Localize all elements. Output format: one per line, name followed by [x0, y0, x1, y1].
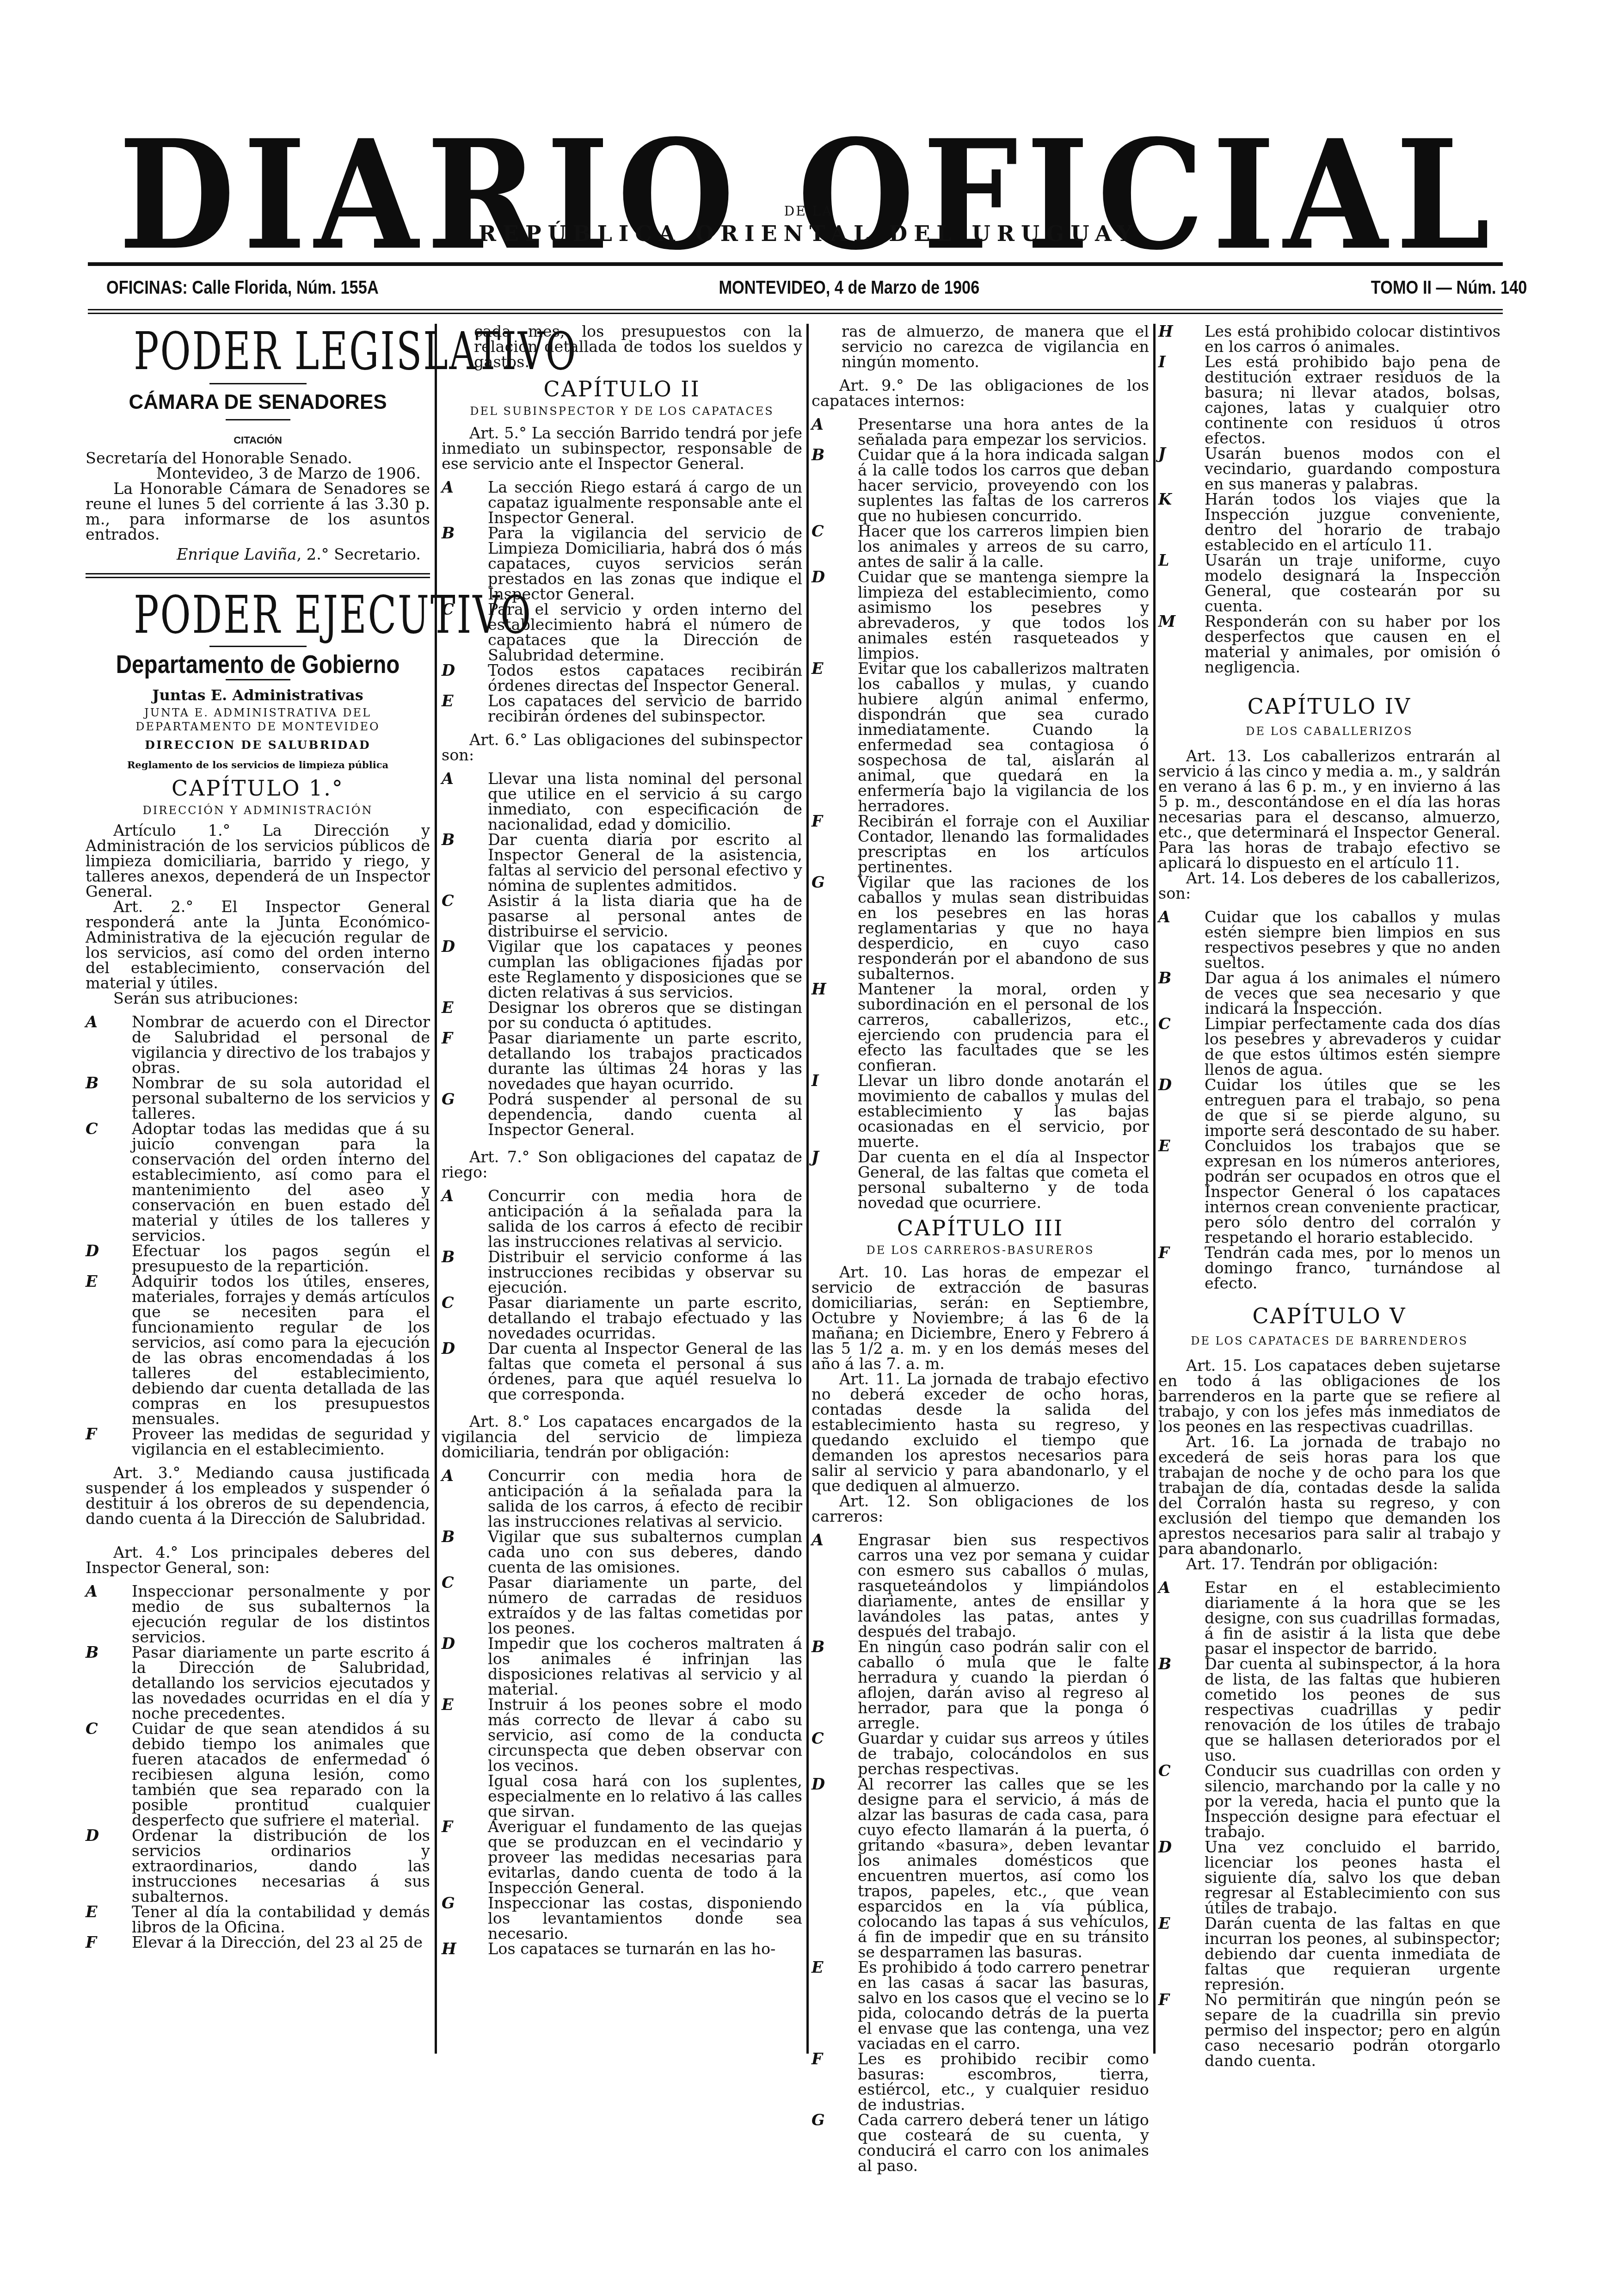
item-text: Pasar diariamente un parte escrito á la …	[132, 1643, 430, 1722]
item-text: Cuidar que los caballos y mulas estén si…	[1205, 908, 1500, 972]
list-item: FAveriguar el fundamento de las quejas q…	[442, 1819, 802, 1895]
item-letter: D	[86, 1243, 99, 1259]
item-text: Dar cuenta al subinspector, á la hora de…	[1205, 1655, 1500, 1765]
junta-full-name: JUNTA E. ADMINISTRATIVA DEL DEPARTAMENTO…	[86, 706, 430, 734]
item-letter: F	[812, 814, 823, 829]
item-text: Tendrán cada mes, por lo menos un doming…	[1205, 1244, 1500, 1292]
list-item: CPasar diariamente un parte, del número …	[442, 1575, 802, 1636]
list-item: DCuidar que se mantenga siempre la limpi…	[812, 569, 1149, 661]
article-11: Art. 11. La jornada de trabajo efectivo …	[812, 1371, 1149, 1494]
list-item: ELos capataces del servicio de barrido r…	[442, 693, 802, 724]
list-item: ANombrar de acuerdo con el Director de S…	[86, 1014, 430, 1075]
list-item: FTendrán cada mes, por lo menos un domin…	[1158, 1245, 1500, 1291]
item-letter: E	[1158, 1138, 1170, 1154]
list-item: BNombrar de su sola autoridad el persona…	[86, 1075, 430, 1121]
senate-body: La Honorable Cámara de Senadores se reun…	[86, 481, 430, 542]
column-rule-2	[806, 324, 809, 2054]
item-letter: H	[812, 981, 826, 997]
info-bar: OFICINAS: Calle Florida, Núm. 155A MONTE…	[106, 278, 1306, 305]
column-rule-3	[1153, 324, 1156, 2054]
citacion-label: CITACIÓN	[86, 432, 430, 448]
item-text: Concurrir con media hora de anticipación…	[488, 1467, 802, 1531]
article-14-list: ACuidar que los caballos y mulas estén s…	[1158, 909, 1500, 1291]
list-item: FRecibirán el forraje con el Auxiliar Co…	[812, 814, 1149, 875]
item-letter: D	[812, 1777, 825, 1792]
item-letter: M	[1158, 614, 1175, 629]
item-text: Adquirir todos los útiles, enseres, mate…	[132, 1272, 430, 1428]
list-item: EDesignar los obreros que se distingan p…	[442, 1000, 802, 1031]
item-letter: D	[442, 1341, 455, 1356]
item-letter: G	[812, 875, 825, 890]
list-item: CAdoptar todas las medidas que á su juic…	[86, 1121, 430, 1243]
list-item: KHarán todos los viajes que la Inspecció…	[1158, 492, 1500, 553]
article-9: Art. 9.° De las obligaciones de los capa…	[812, 378, 1149, 408]
column-4: HLes está prohibido colocar distintivos …	[1158, 324, 1500, 2068]
chapter-2-title: CAPÍTULO II	[442, 376, 802, 402]
list-item: EAdquirir todos los útiles, enseres, mat…	[86, 1274, 430, 1426]
item-letter: B	[86, 1075, 98, 1091]
article-5: Art. 5.° La sección Barrido tendrá por j…	[442, 426, 802, 471]
item-text: Conducir sus cuadrillas con orden y sile…	[1205, 1762, 1500, 1841]
item-letter: B	[812, 447, 824, 463]
item-letter: C	[442, 893, 454, 908]
item-letter: J	[812, 1149, 819, 1165]
item-text: La sección Riego estará á cargo de un ca…	[488, 478, 802, 527]
list-item: CLimpiar perfectamente cada dos días los…	[1158, 1016, 1500, 1077]
item-text: Presentarse una hora antes de la señalad…	[858, 415, 1149, 449]
article-8-list: AConcurrir con media hora de anticipació…	[442, 1468, 802, 1957]
list-item: DAl recorrer las calles que se les desig…	[812, 1777, 1149, 1960]
item-letter: F	[1158, 1245, 1169, 1260]
department-heading: Departamento de Gobierno	[111, 656, 404, 672]
item-text: Nombrar de acuerdo con el Director de Sa…	[132, 1013, 430, 1077]
item-text: Mantener la moral, orden y subordinación…	[858, 980, 1149, 1074]
item-text: Dar cuenta diaria por escrito al Inspect…	[488, 831, 802, 895]
list-item: BCuidar que á la hora indicada salgan á …	[812, 447, 1149, 524]
list-item: ALa sección Riego estará á cargo de un c…	[442, 480, 802, 525]
item-letter: E	[86, 1904, 98, 1920]
list-item: CAsistir á la lista diaria que ha de pas…	[442, 893, 802, 939]
item-text: Usarán un traje uniforme, cuyo modelo de…	[1205, 551, 1500, 615]
item-letter: G	[442, 1092, 455, 1107]
article-8: Art. 8.° Los capataces encargados de la …	[442, 1414, 802, 1460]
item-letter: D	[1158, 1077, 1172, 1092]
column-3: ras de almuerzo, de manera que el servic…	[812, 324, 1149, 2173]
column-2: cada mes, los presupuestos con la relaci…	[442, 324, 802, 1957]
juntas-heading: Juntas E. Administrativas	[86, 688, 430, 703]
item-letter: A	[812, 417, 824, 432]
item-text: Evitar que los caballerizos maltraten lo…	[858, 660, 1149, 815]
list-item: CConducir sus cuadrillas con orden y sil…	[1158, 1763, 1500, 1839]
item-text: Para la vigilancia del servicio de Limpi…	[488, 524, 802, 603]
list-item: FPasar diariamente un parte escrito, det…	[442, 1031, 802, 1092]
item-text: Les está prohibido colocar distintivos e…	[1205, 322, 1500, 356]
item-text: Llevar un libro donde anotarán el movimi…	[858, 1072, 1149, 1151]
item-text: Concluidos los trabajos que se expresan …	[1205, 1137, 1500, 1247]
article-4: Art. 4.° Los principales deberes del Ins…	[86, 1545, 430, 1575]
chamber-heading: CÁMARA DE SENADORES	[86, 395, 430, 410]
item-letter: E	[812, 661, 824, 676]
chapter-1-title: CAPÍTULO 1.°	[86, 775, 430, 801]
item-letter: I	[1158, 354, 1166, 370]
info-rule-2	[88, 313, 1503, 314]
list-item: AInspeccionar personalmente y por medio …	[86, 1584, 430, 1645]
item-text: Cuidar que á la hora indicada salgan á l…	[858, 446, 1149, 525]
signature-name: Enrique Laviña	[177, 545, 297, 563]
list-item: CGuardar y cuidar sus arreos y útiles de…	[812, 1731, 1149, 1777]
item-text: Concurrir con media hora de anticipación…	[488, 1187, 802, 1251]
article-17-list: AEstar en el establecimiento diariamente…	[1158, 1580, 1500, 2068]
item-letter: F	[442, 1819, 453, 1834]
article-12-list-continued: HLes está prohibido colocar distintivos …	[1158, 324, 1500, 675]
signature: Enrique Laviña, 2.° Secretario.	[86, 547, 430, 562]
item-letter: G	[812, 2112, 825, 2128]
item-letter: B	[442, 525, 455, 541]
item-text: Averiguar el fundamento de las quejas qu…	[488, 1818, 802, 1897]
item-letter: C	[1158, 1016, 1171, 1031]
article-6: Art. 6.° Las obligaciones del subinspect…	[442, 732, 802, 763]
chapter-2-subtitle: DEL SUBINSPECTOR Y DE LOS CAPATACES	[442, 404, 802, 419]
item-letter: C	[86, 1721, 98, 1736]
item-text: Les está prohibido bajo pena de destituc…	[1205, 353, 1500, 447]
item-text: Pasar diariamente un parte, del número d…	[488, 1574, 802, 1637]
chapter-3-subtitle: DE LOS CARREROS-BASUREROS	[812, 1243, 1149, 1258]
continuation-text: cada mes, los presupuestos con la relaci…	[442, 324, 802, 370]
item-letter: L	[1158, 553, 1169, 568]
article-13: Art. 13. Los caballerizos entrarán al se…	[1158, 748, 1500, 870]
list-item: AEngrasar bien sus respectivos carros un…	[812, 1532, 1149, 1639]
article-3: Art. 3.° Mediando causa justificada susp…	[86, 1465, 430, 1526]
item-letter: F	[812, 2051, 823, 2067]
list-item: ILlevar un libro donde anotarán el movim…	[812, 1073, 1149, 1149]
list-item: DEfectuar los pagos según el presupuesto…	[86, 1243, 430, 1274]
article-17: Art. 17. Tendrán por obligación:	[1158, 1556, 1500, 1572]
divider	[209, 646, 307, 647]
list-item: DUna vez concluido el barrido, licenciar…	[1158, 1839, 1500, 1916]
list-item: ETener al día la contabilidad y demás li…	[86, 1904, 430, 1935]
item-letter: F	[1158, 1992, 1169, 2007]
item-text: Vigilar que los capataces y peones cumpl…	[488, 938, 802, 1001]
list-item: APresentarse una hora antes de la señala…	[812, 417, 1149, 447]
item-text: Distribuir el servicio conforme á las in…	[488, 1248, 802, 1296]
article-12-list: AEngrasar bien sus respectivos carros un…	[812, 1532, 1149, 2173]
list-item: GVigilar que las raciones de los caballo…	[812, 875, 1149, 981]
list-item: FElevar á la Dirección, del 23 al 25 de	[86, 1935, 430, 1950]
item-letter: A	[442, 480, 454, 495]
item-text: Recibirán el forraje con el Auxiliar Con…	[858, 812, 1149, 876]
list-item: HMantener la moral, orden y subordinació…	[812, 981, 1149, 1073]
item-text: Pasar diariamente un parte escrito, deta…	[488, 1294, 802, 1342]
item-letter: A	[86, 1014, 98, 1030]
item-letter: F	[442, 1031, 453, 1046]
list-item: FProveer las medidas de seguridad y vigi…	[86, 1426, 430, 1457]
item-text: Pasar diariamente un parte escrito, deta…	[488, 1029, 802, 1093]
list-item: CPara el servicio y orden interno del es…	[442, 602, 802, 663]
item-letter: B	[1158, 970, 1171, 986]
item-letter: A	[442, 1468, 454, 1483]
list-item: EInstruir á los peones sobre el modo más…	[442, 1697, 802, 1773]
item-letter: E	[442, 1697, 454, 1712]
item-text: Podrá suspender al personal de su depend…	[488, 1090, 802, 1139]
secretaria-line: Secretaría del Honorable Senado.	[86, 451, 430, 466]
item-letter: D	[86, 1828, 99, 1843]
item-letter: D	[1158, 1839, 1172, 1855]
item-letter: I	[812, 1073, 819, 1088]
item-text: Hacer que los carreros limpien bien los …	[858, 522, 1149, 571]
item-letter: C	[812, 524, 824, 539]
list-item: BDar cuenta diaria por escrito al Inspec…	[442, 832, 802, 893]
item-text: Engrasar bien sus respectivos carros una…	[858, 1531, 1149, 1641]
item-letter: B	[442, 1249, 455, 1265]
item-letter: A	[442, 1188, 454, 1204]
list-item: ACuidar que los caballos y mulas estén s…	[1158, 909, 1500, 970]
item-text: Cuidar los útiles que se les entreguen p…	[1205, 1076, 1500, 1140]
list-item: EEs prohibido á todo carrero penetrar en…	[812, 1960, 1149, 2051]
list-item: DCuidar los útiles que se les entreguen …	[1158, 1077, 1500, 1138]
list-item: BVigilar que sus subalternos cumplan cad…	[442, 1529, 802, 1575]
item-letter: H	[442, 1941, 456, 1957]
item-text: Una vez concluido el barrido, licenciar …	[1205, 1838, 1500, 1917]
item-letter: C	[442, 602, 454, 617]
article-12: Art. 12. Son obligaciones de los carrero…	[812, 1494, 1149, 1524]
item-letter: D	[442, 1636, 455, 1651]
list-item: BDar agua á los animales el número de ve…	[1158, 970, 1500, 1016]
item-letter: A	[812, 1532, 824, 1548]
item-text: Cada carrero deberá tener un látigo que …	[858, 2111, 1149, 2175]
list-item: CCuidar de que sean atendidos á su debid…	[86, 1721, 430, 1828]
list-item: CHacer que los carreros limpien bien los…	[812, 524, 1149, 569]
masthead-de-la: DE LA	[0, 204, 1617, 219]
item-text: Nombrar de su sola autoridad el personal…	[132, 1074, 430, 1123]
list-item: DTodos estos capataces recibirán órdenes…	[442, 663, 802, 693]
list-item: GInspeccionar las costas, disponiendo lo…	[442, 1895, 802, 1941]
item-letter: C	[442, 1575, 454, 1590]
masthead-republic: REPÚBLICA ORIENTAL DEL URUGUAY	[0, 221, 1617, 246]
item-text: Asistir á la lista diaria que ha de pasa…	[488, 892, 802, 940]
item-letter: A	[1158, 1580, 1170, 1595]
item-letter: E	[1158, 1916, 1170, 1931]
list-item: BPasar diariamente un parte escrito á la…	[86, 1645, 430, 1721]
item-text: Limpiar perfectamente cada dos días los …	[1205, 1015, 1500, 1079]
chapter-3-title: CAPÍTULO III	[812, 1215, 1149, 1241]
list-item: FLes es prohibido recibir como basuras: …	[812, 2051, 1149, 2112]
item-letter: C	[442, 1295, 454, 1310]
list-item: JDar cuenta en el día al Inspector Gener…	[812, 1149, 1149, 1210]
item-text: Es prohibido á todo carrero penetrar en …	[858, 1958, 1149, 2053]
list-item: AEstar en el establecimiento diariamente…	[1158, 1580, 1500, 1656]
article-2-list: ANombrar de acuerdo con el Director de S…	[86, 1014, 430, 1457]
article-1: Artículo 1.° La Dirección y Administraci…	[86, 823, 430, 899]
item-letter: E	[86, 1274, 98, 1289]
item-letter: D	[442, 939, 455, 954]
article-16: Art. 16. La jornada de trabajo no excede…	[1158, 1434, 1500, 1556]
list-item: EEvitar que los caballerizos maltraten l…	[812, 661, 1149, 814]
info-rule-1	[88, 309, 1503, 310]
item-text: Guardar y cuidar sus arreos y útiles de …	[858, 1729, 1149, 1778]
chapter-5-title: CAPÍTULO V	[1158, 1303, 1500, 1329]
chapter-4-title: CAPÍTULO IV	[1158, 693, 1500, 719]
list-item: EConcluidos los trabajos que se expresan…	[1158, 1138, 1500, 1245]
item-text: Dar cuenta en el día al Inspector Genera…	[858, 1148, 1149, 1212]
item-letter: A	[1158, 909, 1170, 925]
item-letter: K	[1158, 492, 1172, 507]
volume-number: TOMO II — Núm. 140	[1371, 278, 1527, 298]
newspaper-title: DIARIO OFICIAL	[0, 120, 1617, 271]
item-letter: G	[442, 1895, 455, 1911]
section-rule	[86, 577, 430, 578]
article-2: Art. 2.° El Inspector General responderá…	[86, 899, 430, 991]
item-text: Impedir que los cocheros maltraten á los…	[488, 1635, 802, 1698]
divider	[226, 679, 290, 680]
item-text: Llevar una lista nominal del personal qu…	[488, 770, 802, 833]
column-1: PODER LEGISLATIVO CÁMARA DE SENADORES CI…	[86, 324, 430, 1950]
section-heading-ejecutivo: PODER EJECUTIVO	[134, 587, 381, 643]
list-item: AConcurrir con media hora de anticipació…	[442, 1188, 802, 1249]
list-item: GPodrá suspender al personal de su depen…	[442, 1092, 802, 1137]
item-letter: C	[1158, 1763, 1171, 1778]
item-text: Los capataces se turnarán en las ho-	[488, 1940, 775, 1958]
item-text: Los capataces del servicio de barrido re…	[488, 692, 802, 725]
article-9-list: APresentarse una hora antes de la señala…	[812, 417, 1149, 1210]
chapter-1-subtitle: DIRECCIÓN Y ADMINISTRACIÓN	[86, 803, 430, 818]
article-7: Art. 7.° Son obligaciones del capataz de…	[442, 1149, 802, 1180]
list-item: BDar cuenta al subinspector, á la hora d…	[1158, 1656, 1500, 1763]
item-text: Inspeccionar las costas, disponiendo los…	[488, 1894, 802, 1943]
item-text: Usarán buenos modos con el vecindario, g…	[1205, 444, 1500, 493]
list-item: BPara la vigilancia del servicio de Limp…	[442, 525, 802, 602]
item-letter: A	[86, 1584, 98, 1599]
item-text: Darán cuenta de las faltas en que incurr…	[1205, 1914, 1500, 1994]
signature-role: , 2.° Secretario.	[297, 545, 421, 563]
list-item: FNo permitirán que ningún peón se separe…	[1158, 1992, 1500, 2068]
item-text: Efectuar los pagos según el presupuesto …	[132, 1242, 430, 1275]
article-7-list: AConcurrir con media hora de anticipació…	[442, 1188, 802, 1402]
item-letter: C	[86, 1121, 98, 1136]
item-letter: H	[1158, 324, 1173, 339]
list-item: DOrdenar la distribución de los servicio…	[86, 1828, 430, 1904]
chapter-5-subtitle: DE LOS CAPATACES DE BARRENDEROS	[1158, 1333, 1500, 1349]
spacer	[86, 1526, 430, 1545]
article-15: Art. 15. Los capataces deben sujetarse e…	[1158, 1358, 1500, 1434]
list-item-extra: Igual cosa hará con los suplentes, espec…	[442, 1773, 802, 1819]
item-letter: E	[442, 693, 454, 709]
offices-address: OFICINAS: Calle Florida, Núm. 155A	[106, 278, 379, 298]
item-letter: B	[1158, 1656, 1171, 1672]
direccion-heading: DIRECCION DE SALUBRIDAD	[86, 737, 430, 753]
list-item: AConcurrir con media hora de anticipació…	[442, 1468, 802, 1529]
list-item: ILes está prohibido bajo pena de destitu…	[1158, 354, 1500, 446]
item-text: Instruir á los peones sobre el modo más …	[488, 1696, 802, 1775]
list-item: BEn ningún caso podrán salir con el caba…	[812, 1639, 1149, 1731]
item-text: Todos estos capataces recibirán órdenes …	[488, 661, 802, 695]
item-text: Tener al día la contabilidad y demás lib…	[132, 1903, 430, 1936]
article-14: Art. 14. Los deberes de los caballerizos…	[1158, 870, 1500, 901]
item-letter: E	[812, 1960, 824, 1975]
item-text: Harán todos los viajes que la Inspección…	[1205, 490, 1500, 554]
item-text: Proveer las medidas de seguridad y vigil…	[132, 1425, 430, 1458]
list-item: HLes está prohibido colocar distintivos …	[1158, 324, 1500, 354]
article-6-list: ALlevar una lista nominal del personal q…	[442, 771, 802, 1137]
list-item: DVigilar que los capataces y peones cump…	[442, 939, 802, 1000]
item-letter: F	[86, 1935, 97, 1950]
list-item: MResponderán con su haber por los desper…	[1158, 614, 1500, 675]
divider	[226, 419, 290, 420]
item-text: Ordenar la distribución de los servicios…	[132, 1827, 430, 1906]
article-5-list: ALa sección Riego estará á cargo de un c…	[442, 480, 802, 724]
continuation-text: ras de almuerzo, de manera que el servic…	[812, 324, 1149, 370]
section-heading-legislativo: PODER LEGISLATIVO	[134, 324, 381, 379]
item-letter: D	[812, 569, 825, 585]
item-text: Inspeccionar personalmente y por medio d…	[132, 1582, 430, 1646]
item-text: Cuidar que se mantenga siempre la limpie…	[858, 568, 1149, 662]
column-rule-1	[435, 324, 437, 2054]
chapter-4-subtitle: DE LOS CABALLERIZOS	[1158, 724, 1500, 739]
item-text: Dar cuenta al Inspector General de las f…	[488, 1339, 802, 1403]
item-text: No permitirán que ningún peón se separe …	[1205, 1991, 1500, 2070]
item-text: Vigilar que las raciones de los caballos…	[858, 873, 1149, 983]
item-letter: B	[812, 1639, 824, 1654]
list-item: LUsarán un traje uniforme, cuyo modelo d…	[1158, 553, 1500, 614]
item-text: Para el servicio y orden interno del est…	[488, 600, 802, 664]
item-letter: B	[442, 1529, 455, 1544]
list-item: GCada carrero deberá tener un látigo que…	[812, 2112, 1149, 2173]
list-item: DDar cuenta al Inspector General de las …	[442, 1341, 802, 1402]
list-item: CPasar diariamente un parte escrito, det…	[442, 1295, 802, 1341]
item-letter: D	[442, 663, 455, 678]
item-letter: J	[1158, 446, 1166, 461]
reglamento-heading: Reglamento de los servicios de limpieza …	[86, 757, 430, 772]
senate-date: Montevideo, 3 de Marzo de 1906.	[86, 466, 430, 481]
item-letter: B	[86, 1645, 98, 1660]
list-item: BDistribuir el servicio conforme á las i…	[442, 1249, 802, 1295]
item-text: Designar los obreros que se distingan po…	[488, 999, 802, 1032]
item-text: Elevar á la Dirección, del 23 al 25 de	[132, 1933, 423, 1951]
list-item: HLos capataces se turnarán en las ho-	[442, 1941, 802, 1957]
item-text: Estar en el establecimiento diariamente …	[1205, 1579, 1500, 1658]
item-text: En ningún caso podrán salir con el cabal…	[858, 1638, 1149, 1732]
item-text: Les es prohibido recibir como basuras: e…	[858, 2050, 1149, 2114]
item-text: Cuidar de que sean atendidos á su debido…	[132, 1720, 430, 1829]
divider	[209, 383, 307, 384]
item-text: Dar agua á los animales el número de vec…	[1205, 969, 1500, 1018]
list-item: JUsarán buenos modos con el vecindario, …	[1158, 446, 1500, 492]
item-letter: A	[442, 771, 454, 786]
list-item: ALlevar una lista nominal del personal q…	[442, 771, 802, 832]
article-10: Art. 10. Las horas de empezar el servici…	[812, 1265, 1149, 1371]
article-4-list: AInspeccionar personalmente y por medio …	[86, 1584, 430, 1950]
list-item: DImpedir que los cocheros maltraten á lo…	[442, 1636, 802, 1697]
section-rule	[86, 573, 430, 574]
item-text: Responderán con su haber por los desperf…	[1205, 612, 1500, 676]
item-text: Adoptar todas las medidas que á su juici…	[132, 1120, 430, 1245]
item-text: Vigilar que sus subalternos cumplan cada…	[488, 1528, 802, 1576]
masthead-rule	[88, 262, 1503, 266]
list-item: EDarán cuenta de las faltas en que incur…	[1158, 1916, 1500, 1992]
item-text: Al recorrer las calles que se les design…	[858, 1775, 1149, 1961]
article-2-intro: Serán sus atribuciones:	[86, 991, 430, 1006]
item-letter: F	[86, 1426, 97, 1442]
dateline: MONTEVIDEO, 4 de Marzo de 1906	[719, 278, 979, 298]
item-letter: B	[442, 832, 455, 847]
item-letter: E	[442, 1000, 454, 1015]
item-letter: C	[812, 1731, 824, 1746]
